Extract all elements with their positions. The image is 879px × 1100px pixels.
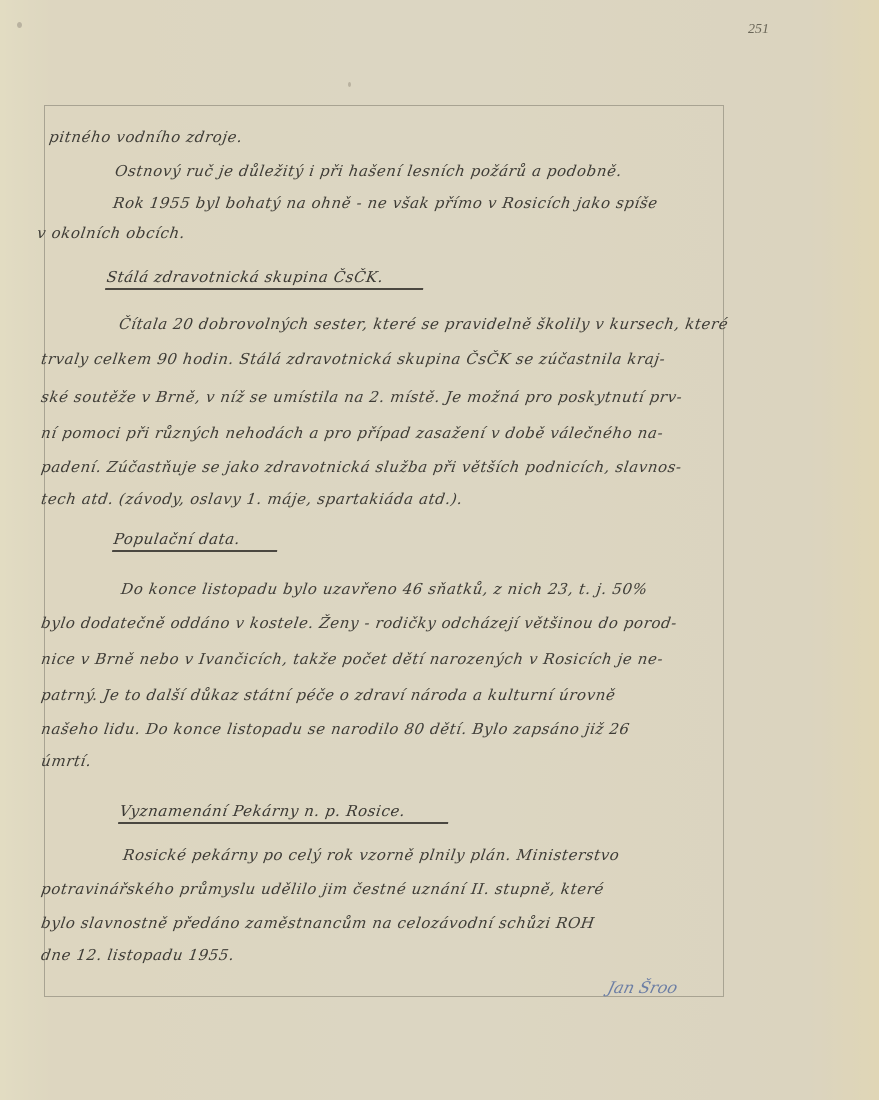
text-line: tech atd. (závody, oslavy 1. máje, spart… (40, 490, 464, 508)
text-line: bylo dodatečně oddáno v kostele. Ženy - … (40, 614, 678, 632)
text-line: Rok 1955 byl bohatý na ohně - ne však př… (112, 194, 659, 212)
text-line: Ostnový ruč je důležitý i při hašení les… (114, 162, 623, 180)
page-number: 251 (748, 22, 769, 38)
text-line: Rosické pekárny po celý rok vzorně plnil… (122, 846, 621, 864)
section-heading-population: Populační data. (112, 530, 280, 552)
text-line: úmrtí. (40, 752, 93, 770)
text-line: potravinářského průmyslu udělilo jim čes… (40, 880, 605, 898)
text-line: nice v Brně nebo v Ivančicích, takže poč… (40, 650, 664, 668)
text-line: bylo slavnostně předáno zaměstnancům na … (40, 914, 596, 932)
text-line: dne 12. listopadu 1955. (40, 946, 236, 964)
text-line: pitného vodního zdroje. (48, 128, 244, 146)
text-line: padení. Zúčastňuje se jako zdravotnická … (40, 458, 683, 476)
text-line: Čítala 20 dobrovolných sester, které se … (118, 315, 730, 333)
text-line: trvaly celkem 90 hodin. Stálá zdravotnic… (40, 350, 667, 368)
text-line: Do konce listopadu bylo uzavřeno 46 sňat… (120, 580, 649, 598)
text-line: ní pomoci při různých nehodách a pro pří… (40, 424, 665, 442)
paper-stain (17, 22, 22, 28)
section-heading-bakery: Vyznamenání Pekárny n. p. Rosice. (118, 802, 451, 824)
signature: Jan Šroo (606, 978, 680, 997)
text-line: patrný. Je to další důkaz státní péče o … (40, 686, 617, 704)
text-line: našeho lidu. Do konce listopadu se narod… (40, 720, 631, 738)
section-heading-red-cross: Stálá zdravotnická skupina ČsČK. (105, 268, 426, 290)
paper-stain (348, 82, 351, 87)
text-line: ské soutěže v Brně, v níž se umístila na… (40, 388, 684, 406)
text-line: v okolních obcích. (36, 224, 186, 242)
